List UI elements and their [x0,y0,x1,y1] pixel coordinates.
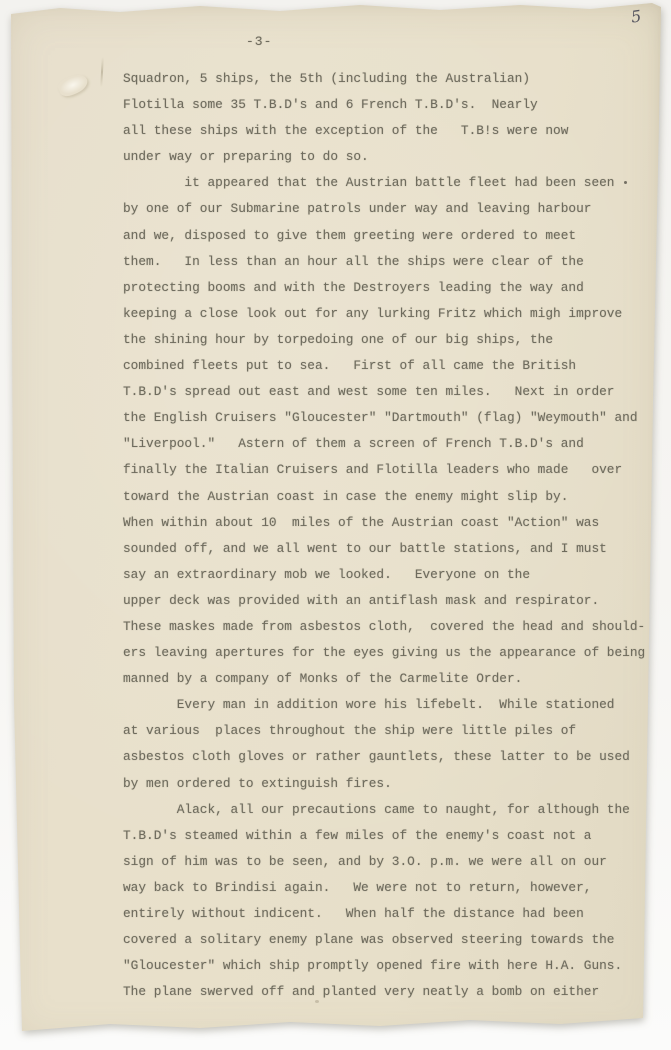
typed-line: by one of our Submarine patrols under wa… [123,196,658,222]
typed-line: manned by a company of Monks of the Carm… [123,666,658,692]
typed-line: it appeared that the Austrian battle fle… [123,170,658,196]
typed-line: Squadron, 5 ships, the 5th (including th… [123,66,658,92]
typed-line: and we, disposed to give them greeting w… [123,223,658,249]
pencil-page-number: 5 [630,6,643,26]
typed-line: all these ships with the exception of th… [123,118,658,144]
typed-line: protecting booms and with the Destroyers… [123,275,658,301]
typed-page-number: -3- [246,34,272,49]
typed-line: "Gloucester" which ship promptly opened … [123,953,658,979]
typed-line: Flotilla some 35 T.B.D's and 6 French T.… [123,92,658,118]
paper-sheet: 5 -3- Squadron, 5 ships, the 5th (includ… [0,0,671,1050]
typed-line: them. In less than an hour all the ships… [123,249,658,275]
typed-line: say an extraordinary mob we looked. Ever… [123,562,658,588]
typed-line: T.B.D's steamed within a few miles of th… [123,823,658,849]
typed-line: sounded off, and we all went to our batt… [123,536,658,562]
typed-line: Every man in addition wore his lifebelt.… [123,692,658,718]
typed-line: covered a solitary enemy plane was obser… [123,927,658,953]
typed-line: sign of him was to be seen, and by 3.O. … [123,849,658,875]
typed-line: under way or preparing to do so. [123,144,658,170]
paper-crease-mark [56,71,91,100]
typed-line: upper deck was provided with an antiflas… [123,588,658,614]
typed-line: the shining hour by torpedoing one of ou… [123,327,658,353]
typed-line: combined fleets put to sea. First of all… [123,353,658,379]
typed-line: "Liverpool." Astern of them a screen of … [123,431,658,457]
typed-line: toward the Austrian coast in case the en… [123,484,658,510]
photo-background: 5 -3- Squadron, 5 ships, the 5th (includ… [0,0,671,1050]
typed-line: the English Cruisers "Gloucester" "Dartm… [123,405,658,431]
typed-line: by men ordered to extinguish fires. [123,771,658,797]
typed-line: When within about 10 miles of the Austri… [123,510,658,536]
typed-line: T.B.D's spread out east and west some te… [123,379,658,405]
paper-scratch-mark [100,57,104,87]
paper-shadow-wrap: 5 -3- Squadron, 5 ships, the 5th (includ… [0,0,671,1050]
typed-line: These maskes made from asbestos cloth, c… [123,614,658,640]
typed-line: The plane swerved off and planted very n… [123,979,658,1005]
typed-line: way back to Brindisi again. We were not … [123,875,658,901]
typed-line: at various places throughout the ship we… [123,718,658,744]
typed-line: ers leaving apertures for the eyes givin… [123,640,658,666]
typed-line: keeping a close look out for any lurking… [123,301,658,327]
typed-body: Squadron, 5 ships, the 5th (including th… [123,66,658,1005]
typed-line: entirely without indicent. When half the… [123,901,658,927]
typed-line: finally the Italian Cruisers and Flotill… [123,457,658,483]
typed-line: asbestos cloth gloves or rather gauntlet… [123,744,658,770]
typed-line: Alack, all our precautions came to naugh… [123,797,658,823]
